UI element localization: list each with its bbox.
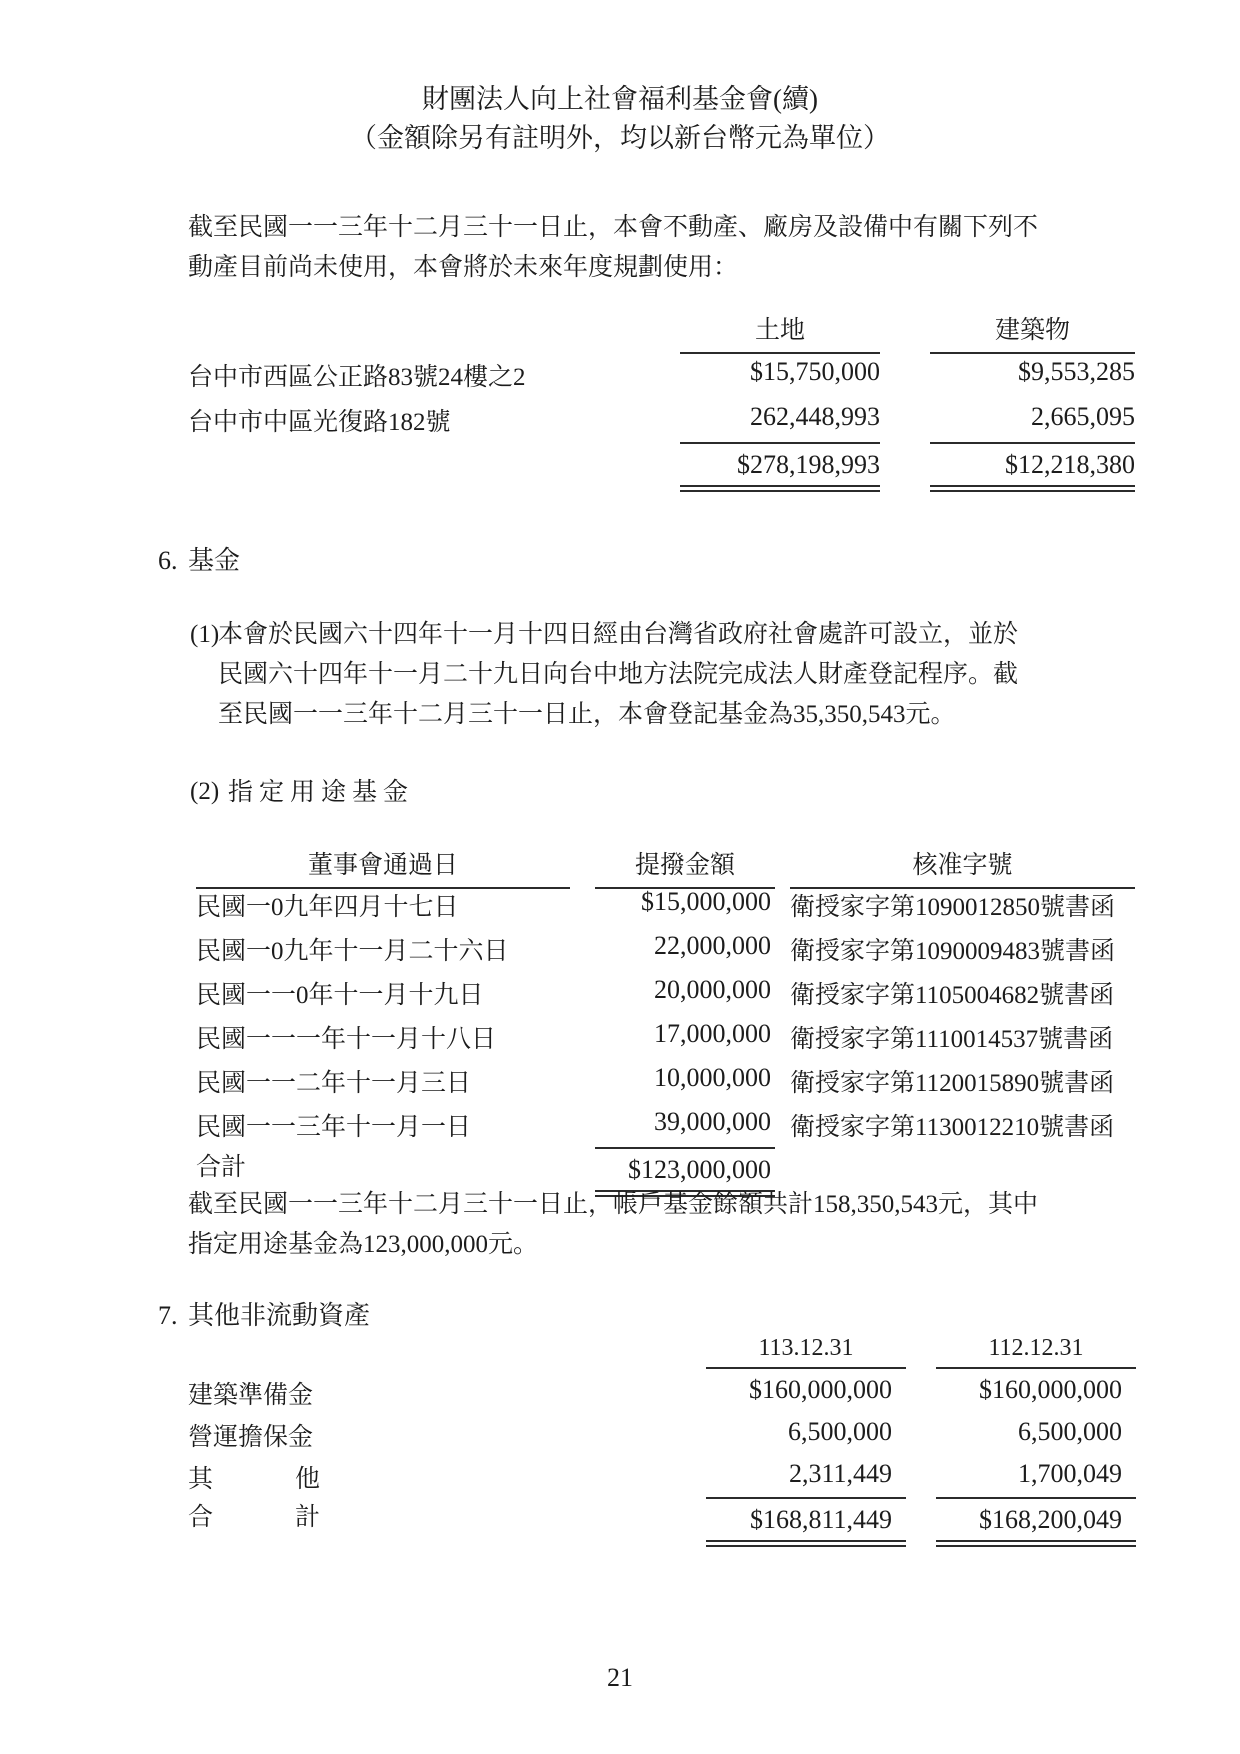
section-title: 其他非流動資產 [188, 1301, 370, 1330]
approval-number: 衛授家字第1110014537號書函 [790, 1019, 1135, 1055]
total-label: 合計 [188, 1497, 640, 1533]
asset-label: 建築準備金 [188, 1375, 640, 1411]
intro-paragraph-line: 截至民國一一三年十二月三十一日止，本會不動產、廠房及設備中有關下列不 [188, 208, 1058, 248]
table-row: 民國一一一年十一月十八日 17,000,000 衛授家字第1110014537號… [196, 1015, 1135, 1059]
table-row: 營運擔保金 6,500,000 6,500,000 [188, 1413, 1136, 1455]
item-paragraph: 本會於民國六十四年十一月十四日經由台灣省政府社會處許可設立，並於 民國六十四年十… [218, 615, 1018, 735]
table-total-row: 合計 $168,811,449 $168,200,049 [188, 1497, 1136, 1547]
asset-value-prior: 6,500,000 [936, 1417, 1136, 1447]
table-row: 民國一一0年十一月十九日 20,000,000 衛授家字第1105004682號… [196, 971, 1135, 1015]
page-number: 21 [0, 1663, 1240, 1693]
column-header-building: 建築物 [930, 310, 1135, 354]
table-header-row: 董事會通過日 提撥金額 核准字號 [196, 845, 1135, 883]
other-assets-table: 113.12.31 112.12.31 建築準備金 $160,000,000 $… [188, 1335, 1136, 1547]
section-number: 6. [158, 546, 182, 576]
total-label: 合計 [196, 1147, 570, 1183]
document-page: 財團法人向上社會福利基金會(續) （金額除另有註明外，均以新台幣元為單位） 截至… [0, 0, 1240, 1754]
building-value: 2,665,095 [930, 402, 1135, 432]
table-row: 民國一一三年十一月一日 39,000,000 衛授家字第1130012210號書… [196, 1103, 1135, 1147]
unused-property-table: 土地 建築物 台中市西區公正路83號24樓之2 $15,750,000 $9,5… [188, 310, 1135, 492]
column-header-land: 土地 [680, 310, 880, 354]
intro-paragraph: 截至民國一一三年十二月三十一日止，本會不動產、廠房及設備中有關下列不 動產目前尚… [188, 208, 1058, 288]
table-row: 民國一一二年十一月三日 10,000,000 衛授家字第1120015890號書… [196, 1059, 1135, 1103]
approval-number: 衛授家字第1130012210號書函 [790, 1107, 1135, 1143]
section-7-heading: 7.其他非流動資產 [158, 1295, 370, 1332]
table-header-row: 土地 建築物 [188, 310, 1135, 352]
building-value: $9,553,285 [930, 357, 1135, 387]
fund-amount: 39,000,000 [595, 1107, 775, 1137]
board-date: 民國一一二年十一月三日 [196, 1063, 570, 1099]
assets-total-current: $168,811,449 [706, 1497, 906, 1547]
board-date: 民國一一0年十一月十九日 [196, 975, 570, 1011]
property-address: 台中市中區光復路182號 [188, 402, 640, 438]
asset-value-current: 2,311,449 [706, 1459, 906, 1489]
asset-value-current: 6,500,000 [706, 1417, 906, 1447]
table-row: 台中市西區公正路83號24樓之2 $15,750,000 $9,553,285 [188, 352, 1135, 397]
building-total: $12,218,380 [930, 442, 1135, 492]
asset-value-prior: 1,700,049 [936, 1459, 1136, 1489]
board-date: 民國一0九年四月十七日 [196, 887, 570, 923]
item-paragraph-line: 至民國一一三年十二月三十一日止，本會登記基金為35,350,543元。 [218, 695, 1018, 735]
double-rule [706, 1540, 906, 1547]
section-title: 基金 [188, 546, 240, 575]
closing-paragraph-line: 指定用途基金為123,000,000元。 [188, 1225, 1058, 1265]
fund-amount: 22,000,000 [595, 931, 775, 961]
fund-amount: 20,000,000 [595, 975, 775, 1005]
item-paragraph-line: 民國六十四年十一月二十九日向台中地方法院完成法人財產登記程序。截 [218, 655, 1018, 695]
organization-title: 財團法人向上社會福利基金會(續) [0, 80, 1240, 119]
table-row: 其他 2,311,449 1,700,049 [188, 1455, 1136, 1497]
fund-amount: 17,000,000 [595, 1019, 775, 1049]
table-row: 台中市中區光復路182號 262,448,993 2,665,095 [188, 397, 1135, 442]
double-rule [936, 1540, 1136, 1547]
table-row: 民國一0九年四月十七日 $15,000,000 衛授家字第1090012850號… [196, 883, 1135, 927]
section-number: 7. [158, 1301, 182, 1331]
column-header-current-year: 113.12.31 [706, 1335, 906, 1369]
land-total-value: $278,198,993 [737, 450, 880, 479]
currency-note: （金額除另有註明外，均以新台幣元為單位） [0, 119, 1240, 158]
asset-label: 其他 [188, 1459, 640, 1495]
closing-paragraph-line: 截至民國一一三年十二月三十一日止，帳戶基金餘額共計158,350,543元，其中 [188, 1185, 1058, 1225]
table-row: 建築準備金 $160,000,000 $160,000,000 [188, 1371, 1136, 1413]
item-title: 指定用途基金 [228, 779, 414, 806]
board-date: 民國一0九年十一月二十六日 [196, 931, 570, 967]
item-marker: (1) [190, 615, 219, 655]
fund-amount: $15,000,000 [595, 887, 775, 917]
assets-total-prior: $168,200,049 [936, 1497, 1136, 1547]
column-header-amount: 提撥金額 [595, 845, 775, 889]
table-header-row: 113.12.31 112.12.31 [188, 1335, 1136, 1371]
approval-number: 衛授家字第1090012850號書函 [790, 887, 1135, 923]
fund-closing-paragraph: 截至民國一一三年十二月三十一日止，帳戶基金餘額共計158,350,543元，其中… [188, 1185, 1058, 1265]
asset-value-current: $160,000,000 [706, 1375, 906, 1405]
fund-amount: 10,000,000 [595, 1063, 775, 1093]
property-address: 台中市西區公正路83號24樓之2 [188, 357, 640, 393]
column-header-board-date: 董事會通過日 [196, 845, 570, 889]
fund-item-2: (2) 指定用途基金 [190, 772, 414, 808]
approval-number: 衛授家字第1120015890號書函 [790, 1063, 1135, 1099]
item-paragraph-line: 本會於民國六十四年十一月十四日經由台灣省政府社會處許可設立，並於 [218, 615, 1018, 655]
asset-value-prior: $160,000,000 [936, 1375, 1136, 1405]
board-date: 民國一一三年十一月一日 [196, 1107, 570, 1143]
column-header-prior-year: 112.12.31 [936, 1335, 1136, 1369]
approval-number: 衛授家字第1105004682號書函 [790, 975, 1135, 1011]
board-date: 民國一一一年十一月十八日 [196, 1019, 570, 1055]
double-rule [930, 485, 1135, 492]
land-value: $15,750,000 [680, 357, 880, 387]
land-value: 262,448,993 [680, 402, 880, 432]
intro-paragraph-line: 動產目前尚未使用，本會將於未來年度規劃使用： [188, 248, 1058, 288]
asset-label: 營運擔保金 [188, 1417, 640, 1453]
double-rule [680, 485, 880, 492]
column-header-approval: 核准字號 [790, 845, 1135, 889]
item-marker: (2) [190, 772, 219, 812]
designated-fund-table: 董事會通過日 提撥金額 核准字號 民國一0九年四月十七日 $15,000,000… [196, 845, 1135, 1197]
fund-total-value: $123,000,000 [628, 1155, 775, 1184]
building-total-value: $12,218,380 [1005, 450, 1135, 479]
section-6-heading: 6.基金 [158, 540, 240, 577]
table-total-row: $278,198,993 $12,218,380 [188, 442, 1135, 492]
table-row: 民國一0九年十一月二十六日 22,000,000 衛授家字第1090009483… [196, 927, 1135, 971]
approval-number: 衛授家字第1090009483號書函 [790, 931, 1135, 967]
document-header: 財團法人向上社會福利基金會(續) （金額除另有註明外，均以新台幣元為單位） [0, 80, 1240, 158]
land-total: $278,198,993 [680, 442, 880, 492]
fund-item-1: (1) 本會於民國六十四年十一月十四日經由台灣省政府社會處許可設立，並於 民國六… [190, 615, 1018, 735]
